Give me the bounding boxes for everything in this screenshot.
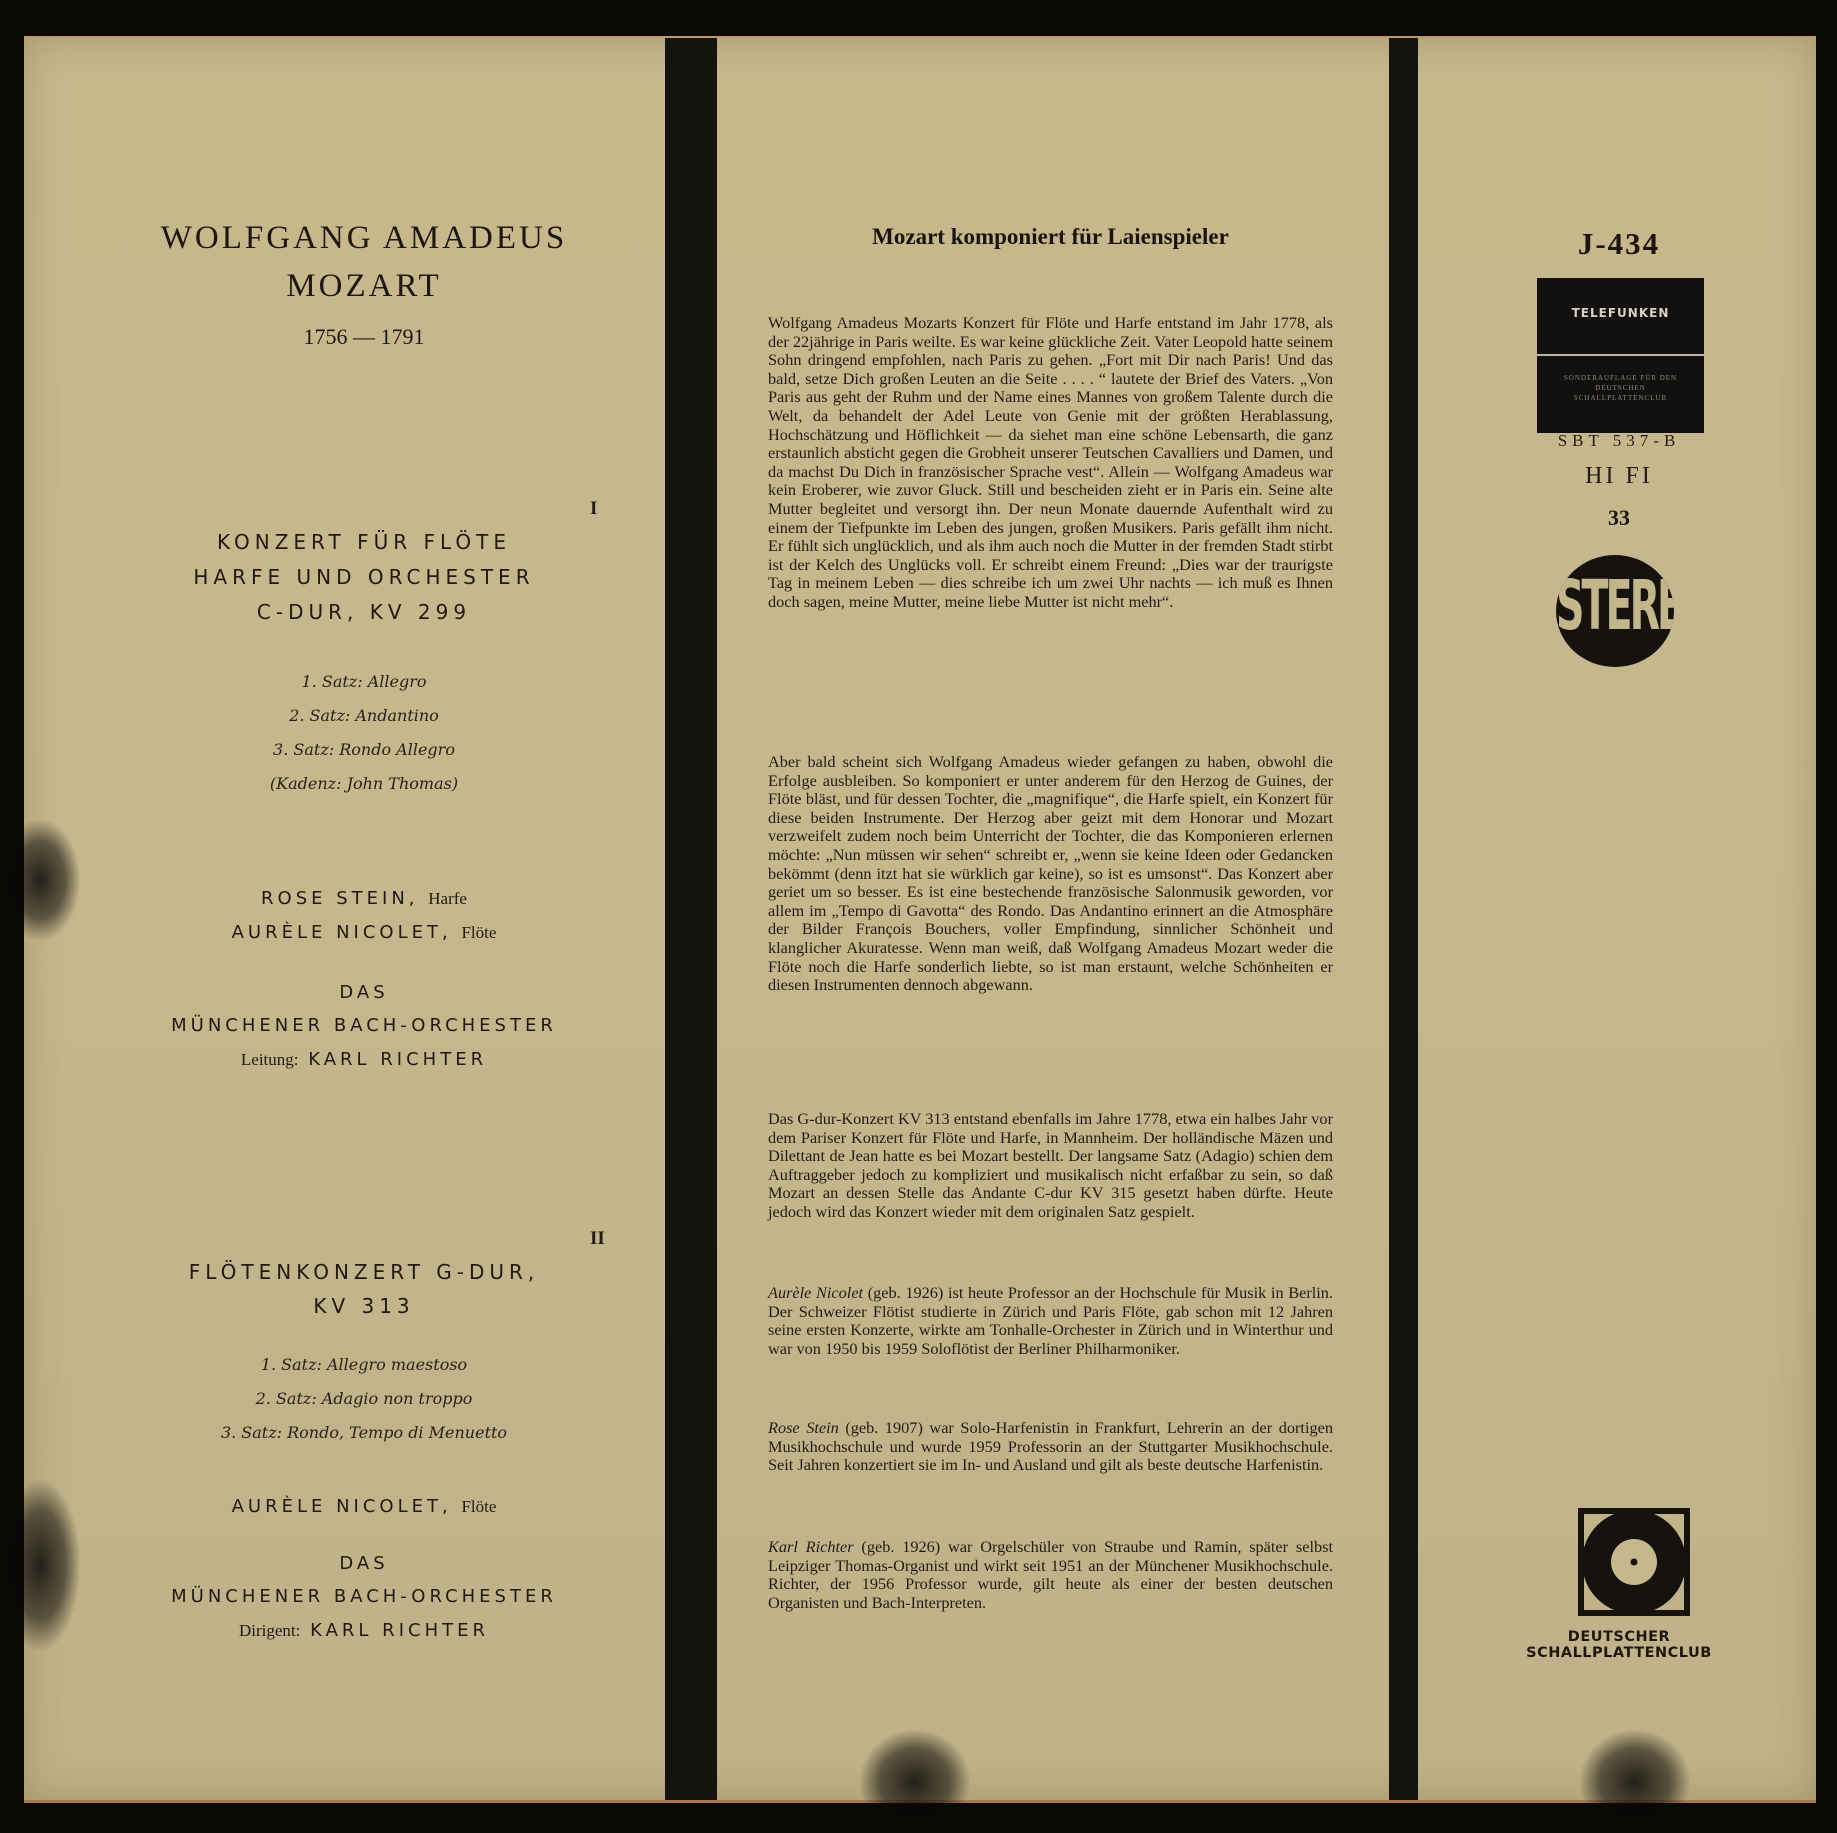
conductor: Leitung: KARL RICHTER [124, 1049, 604, 1070]
liner-paragraph: Das G-dur-Konzert KV 313 entstand ebenfa… [768, 1110, 1333, 1222]
movement: 3. Satz: Rondo, Tempo di Menuetto [124, 1423, 604, 1442]
performer-name: AURÈLE NICOLET [232, 922, 442, 943]
conductor-label: Leitung: [241, 1050, 299, 1069]
label-subtitle: SONDERAUFLAGE FÜR DEN DEUTSCHEN SCHALLPL… [1541, 373, 1700, 403]
movement: 1. Satz: Allegro [124, 672, 604, 691]
composer-last-name: MOZART [124, 268, 604, 305]
ensemble-line: DAS [124, 982, 604, 1003]
record-back-cover: WOLFGANG AMADEUS MOZART 1756 — 1791 I KO… [24, 36, 1816, 1803]
work-title-line: C-DUR, KV 299 [124, 600, 604, 624]
cadenza-note: (Kadenz: John Thomas) [124, 774, 604, 793]
label-divider [1537, 354, 1704, 356]
finger-shadow [860, 1730, 970, 1833]
performer: AURÈLE NICOLET, Flöte [124, 1496, 604, 1517]
club-name: DEUTSCHER SCHALLPLATTENCLUB [1474, 1629, 1764, 1661]
composer-first-name: WOLFGANG AMADEUS [124, 220, 604, 257]
biography-stein: Rose Stein (geb. 1907) war Solo-Harfenis… [768, 1419, 1333, 1475]
stereo-badge-text: STEREO [1556, 567, 1674, 646]
performer-role: Flöte [461, 923, 496, 942]
conductor-name: KARL RICHTER [310, 1620, 489, 1641]
liner-paragraph: Aber bald scheint sich Wolfgang Amadeus … [768, 753, 1333, 995]
movement: 2. Satz: Andantino [124, 706, 604, 725]
stereo-badge-icon: STEREO [1556, 555, 1674, 667]
speed-label: 33 [1474, 505, 1764, 531]
conductor-label: Dirigent: [239, 1621, 300, 1640]
work-title-line: KV 313 [124, 1294, 604, 1318]
finger-shadow [1580, 1730, 1690, 1833]
performer-name: AURÈLE NICOLET [232, 1496, 442, 1517]
biography-nicolet: Aurèle Nicolet (geb. 1926) ist heute Pro… [768, 1284, 1333, 1358]
finger-shadow [0, 1480, 80, 1650]
movement: 1. Satz: Allegro maestoso [124, 1355, 604, 1374]
performer-name: ROSE STEIN [261, 888, 409, 909]
pressing-code: SBT 537-B [1474, 431, 1764, 451]
work-numeral: I [590, 498, 597, 520]
composer-dates: 1756 — 1791 [124, 324, 604, 350]
ensemble-line: MÜNCHENER BACH-ORCHESTER [124, 1586, 604, 1607]
work-title-line: KONZERT FÜR FLÖTE [124, 530, 604, 554]
liner-notes-heading: Mozart komponiert für Laienspieler [768, 224, 1333, 250]
finger-shadow [0, 820, 80, 940]
conductor: Dirigent: KARL RICHTER [124, 1620, 604, 1641]
hifi-label: HI FI [1474, 463, 1764, 490]
record-disc-icon [1578, 1508, 1690, 1616]
telefunken-label-box: TELEFUNKEN SONDERAUFLAGE FÜR DEN DEUTSCH… [1537, 278, 1704, 433]
movement: 3. Satz: Rondo Allegro [124, 740, 604, 759]
performer: AURÈLE NICOLET, Flöte [124, 922, 604, 943]
performer-role: Harfe [428, 889, 467, 908]
biography-richter: Karl Richter (geb. 1926) war Orgelschüle… [768, 1538, 1333, 1612]
movement: 2. Satz: Adagio non troppo [124, 1389, 604, 1408]
ensemble-line: DAS [124, 1553, 604, 1574]
black-divider-bar [665, 38, 717, 1800]
label-brand: TELEFUNKEN [1537, 306, 1704, 320]
performer: ROSE STEIN, Harfe [124, 888, 604, 909]
performer-role: Flöte [461, 1497, 496, 1516]
conductor-name: KARL RICHTER [308, 1049, 487, 1070]
work-numeral: II [590, 1228, 605, 1250]
catalog-number: J-434 [1474, 226, 1764, 262]
work-title-line: HARFE UND ORCHESTER [124, 565, 604, 589]
ensemble-line: MÜNCHENER BACH-ORCHESTER [124, 1015, 604, 1036]
liner-paragraph: Wolfgang Amadeus Mozarts Konzert für Flö… [768, 314, 1333, 612]
work-title-line: FLÖTENKONZERT G-DUR, [124, 1260, 604, 1284]
black-divider-bar [1389, 38, 1418, 1800]
